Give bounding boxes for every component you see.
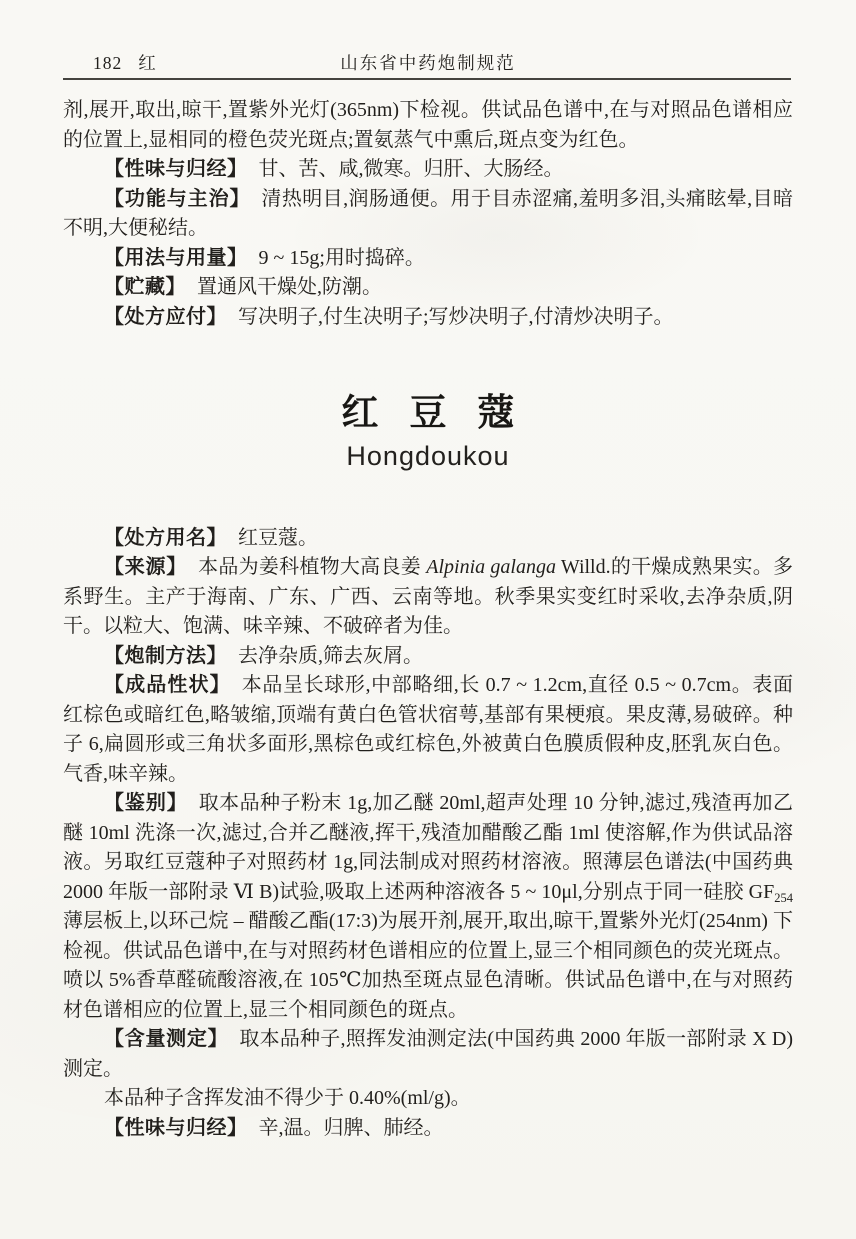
- page-header: 182 红 山东省中药炮制规范: [63, 50, 793, 76]
- section-label: 【鉴别】: [104, 792, 188, 814]
- entry-title-chinese: 红豆蔻: [63, 390, 793, 436]
- para-hanliang-ceding: 【含量测定】取本品种子,照挥发油测定法(中国药典 2000 年版一部附录 X D…: [63, 1025, 793, 1084]
- para-continuation: 剂,展开,取出,晾干,置紫外光灯(365nm)下检视。供试品色谱中,在与对照品色…: [63, 96, 793, 155]
- book-title: 山东省中药炮制规范: [63, 50, 793, 76]
- body-text: 剂,展开,取出,晾干,置紫外光灯(365nm)下检视。供试品色谱中,在与对照品色…: [63, 99, 793, 151]
- body-text: 甘、苦、咸,微寒。归肝、大肠经。: [259, 158, 564, 180]
- current-entry-content: 【处方用名】红豆蔻。【来源】本品为姜科植物大高良姜 Alpinia galang…: [63, 524, 793, 1144]
- previous-entry-content: 剂,展开,取出,晾干,置紫外光灯(365nm)下检视。供试品色谱中,在与对照品色…: [63, 96, 793, 332]
- latin-species-name: Alpinia galanga: [426, 556, 556, 578]
- para-chufang-yongming: 【处方用名】红豆蔻。: [63, 524, 793, 554]
- body-text: 红豆蔻。: [238, 527, 318, 549]
- body-text: 辛,温。归脾、肺经。: [259, 1117, 444, 1139]
- para-hanliang-limit: 本品种子含挥发油不得少于 0.40%(ml/g)。: [63, 1084, 793, 1114]
- section-label: 【性味与归经】: [104, 158, 248, 180]
- para-zhucang: 【贮藏】置通风干燥处,防潮。: [63, 273, 793, 303]
- body-text: 写决明子,付生决明子;写炒决明子,付清炒决明子。: [238, 306, 674, 328]
- body-text: 薄层板上,以环己烷 – 醋酸乙酯(17:3)为展开剂,展开,取出,晾干,置紫外光…: [63, 910, 793, 1021]
- section-label: 【含量测定】: [104, 1028, 228, 1050]
- para-xingwei-guijing-prev: 【性味与归经】甘、苦、咸,微寒。归肝、大肠经。: [63, 155, 793, 185]
- para-jianbie: 【鉴别】取本品种子粉末 1g,加乙醚 20ml,超声处理 10 分钟,滤过,残渣…: [63, 789, 793, 1025]
- section-label: 【炮制方法】: [104, 645, 227, 667]
- para-paozhi-fangfa: 【炮制方法】去净杂质,筛去灰屑。: [63, 642, 793, 672]
- section-label: 【成品性状】: [104, 674, 231, 696]
- header-rule: [63, 78, 791, 80]
- subscript-text: 254: [774, 891, 793, 905]
- body-text: 本品种子含挥发油不得少于 0.40%(ml/g)。: [104, 1087, 471, 1109]
- entry-title-pinyin: Hongdoukou: [63, 442, 793, 472]
- para-gongneng-zhuzhi: 【功能与主治】清热明目,润肠通便。用于目赤涩痛,羞明多泪,头痛眩晕,目暗不明,大…: [63, 185, 793, 244]
- para-chengpin-xingzhuang: 【成品性状】本品呈长球形,中部略细,长 0.7 ~ 1.2cm,直径 0.5 ~…: [63, 671, 793, 789]
- body-text: 本品为姜科植物大高良姜: [198, 556, 426, 578]
- para-yongfa-yongliang: 【用法与用量】9 ~ 15g;用时捣碎。: [63, 244, 793, 274]
- section-label: 【用法与用量】: [104, 247, 248, 269]
- section-label: 【处方应付】: [104, 306, 227, 328]
- body-text: 9 ~ 15g;用时捣碎。: [259, 247, 425, 269]
- section-label: 【贮藏】: [104, 276, 186, 298]
- entry-heading: 红豆蔻 Hongdoukou: [63, 390, 793, 472]
- para-chufang-yingfu: 【处方应付】写决明子,付生决明子;写炒决明子,付清炒决明子。: [63, 303, 793, 333]
- document-body: 剂,展开,取出,晾干,置紫外光灯(365nm)下检视。供试品色谱中,在与对照品色…: [63, 96, 793, 1143]
- para-xingwei-guijing: 【性味与归经】辛,温。归脾、肺经。: [63, 1114, 793, 1144]
- section-label: 【性味与归经】: [104, 1117, 248, 1139]
- section-label: 【处方用名】: [104, 527, 227, 549]
- section-label: 【来源】: [104, 556, 187, 578]
- para-laiyuan: 【来源】本品为姜科植物大高良姜 Alpinia galanga Willd.的干…: [63, 553, 793, 642]
- scanned-page: 182 红 山东省中药炮制规范 剂,展开,取出,晾干,置紫外光灯(365nm)下…: [0, 0, 856, 1239]
- body-text: 去净杂质,筛去灰屑。: [238, 645, 423, 667]
- body-text: 置通风干燥处,防潮。: [197, 276, 382, 298]
- section-label: 【功能与主治】: [104, 188, 250, 210]
